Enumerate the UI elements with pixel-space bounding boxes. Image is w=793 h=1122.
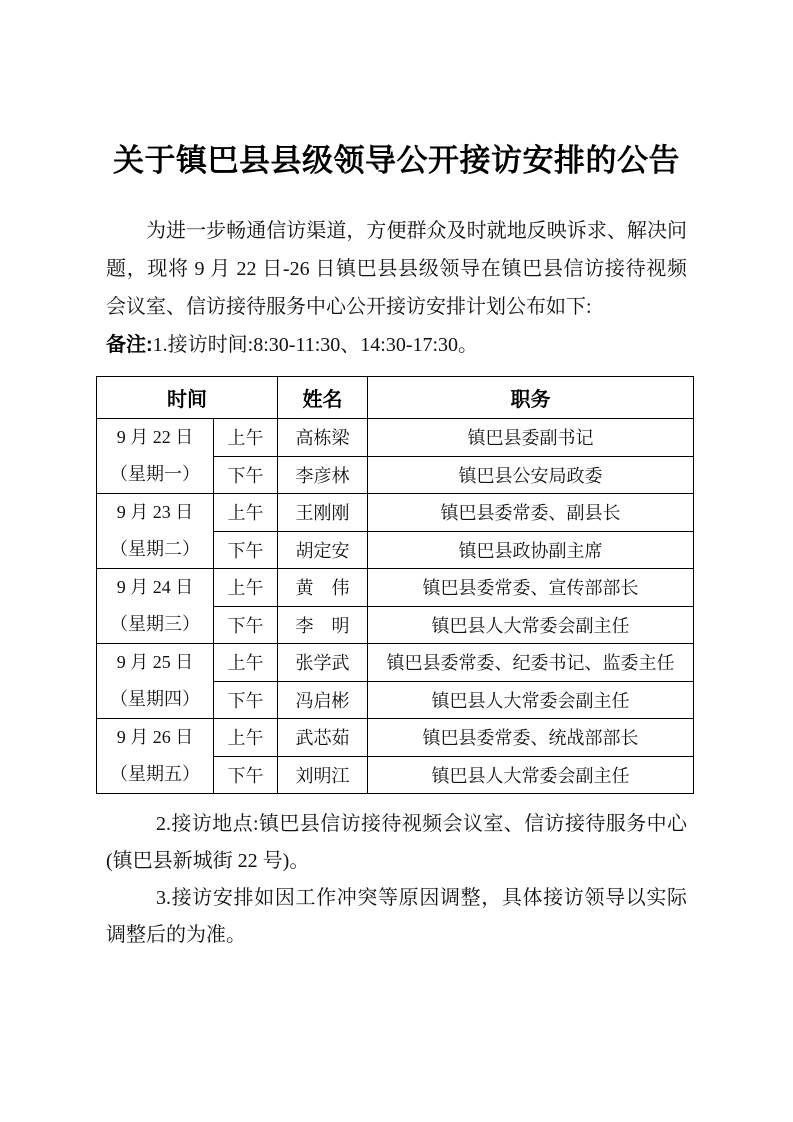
date-cell: 9 月 25 日 （星期四） bbox=[97, 644, 214, 719]
date-cell: 9 月 22 日 （星期一） bbox=[97, 419, 214, 494]
col-header-position: 职务 bbox=[368, 377, 694, 419]
table-row: 9 月 22 日 （星期一） 上午 高栋梁 镇巴县委副书记 bbox=[97, 419, 694, 457]
weekday-text: （星期一） bbox=[97, 456, 213, 493]
date-text: 9 月 26 日 bbox=[97, 719, 213, 756]
period-cell: 下午 bbox=[214, 456, 278, 494]
period-cell: 上午 bbox=[214, 719, 278, 757]
table-row: 9 月 23 日 （星期二） 上午 王刚刚 镇巴县委常委、副县长 bbox=[97, 494, 694, 532]
reception-schedule-table: 时间 姓名 职务 9 月 22 日 （星期一） 上午 高栋梁 镇巴县委副书记 下… bbox=[96, 376, 694, 794]
weekday-text: （星期三） bbox=[97, 606, 213, 643]
date-text: 9 月 25 日 bbox=[97, 644, 213, 681]
name-cell: 王刚刚 bbox=[278, 494, 368, 532]
name-cell: 冯启彬 bbox=[278, 681, 368, 719]
date-cell: 9 月 26 日 （星期五） bbox=[97, 719, 214, 794]
position-cell: 镇巴县公安局政委 bbox=[368, 456, 694, 494]
weekday-text: （星期四） bbox=[97, 681, 213, 718]
period-cell: 上午 bbox=[214, 644, 278, 682]
period-cell: 上午 bbox=[214, 419, 278, 457]
table-header-row: 时间 姓名 职务 bbox=[97, 377, 694, 419]
position-cell: 镇巴县政协副主席 bbox=[368, 531, 694, 569]
period-cell: 下午 bbox=[214, 606, 278, 644]
announcement-page: 关于镇巴县县级领导公开接访安排的公告 为进一步畅通信访渠道，方便群众及时就地反映… bbox=[0, 0, 793, 1122]
date-cell: 9 月 23 日 （星期二） bbox=[97, 494, 214, 569]
table-row: 9 月 25 日 （星期四） 上午 张学武 镇巴县委常委、纪委书记、监委主任 bbox=[97, 644, 694, 682]
name-cell: 李彦林 bbox=[278, 456, 368, 494]
date-text: 9 月 24 日 bbox=[97, 569, 213, 606]
note3-paragraph: 3.接访安排如因工作冲突等原因调整，具体接访领导以实际调整后的为准。 bbox=[106, 880, 687, 954]
position-cell: 镇巴县委常委、统战部部长 bbox=[368, 719, 694, 757]
name-cell: 武芯茹 bbox=[278, 719, 368, 757]
date-text: 9 月 22 日 bbox=[97, 419, 213, 456]
intro-paragraph: 为进一步畅通信访渠道，方便群众及时就地反映诉求、解决问题，现将 9 月 22 日… bbox=[106, 212, 687, 326]
period-cell: 上午 bbox=[214, 569, 278, 607]
remark-note1: 1.接访时间:8:30-11:30、14:30-17:30。 bbox=[153, 334, 478, 356]
name-cell: 刘明江 bbox=[278, 756, 368, 794]
name-cell: 黄 伟 bbox=[278, 569, 368, 607]
position-cell: 镇巴县委常委、纪委书记、监委主任 bbox=[368, 644, 694, 682]
position-cell: 镇巴县委副书记 bbox=[368, 419, 694, 457]
name-cell: 高栋梁 bbox=[278, 419, 368, 457]
col-header-name: 姓名 bbox=[278, 377, 368, 419]
weekday-text: （星期五） bbox=[97, 756, 213, 793]
position-cell: 镇巴县人大常委会副主任 bbox=[368, 606, 694, 644]
weekday-text: （星期二） bbox=[97, 531, 213, 568]
name-cell: 张学武 bbox=[278, 644, 368, 682]
page-title: 关于镇巴县县级领导公开接访安排的公告 bbox=[106, 140, 687, 182]
position-cell: 镇巴县人大常委会副主任 bbox=[368, 681, 694, 719]
position-cell: 镇巴县委常委、副县长 bbox=[368, 494, 694, 532]
period-cell: 下午 bbox=[214, 756, 278, 794]
remark-label: 备注: bbox=[106, 334, 153, 356]
table-row: 9 月 26 日 （星期五） 上午 武芯茹 镇巴县委常委、统战部部长 bbox=[97, 719, 694, 757]
period-cell: 下午 bbox=[214, 531, 278, 569]
remark-line: 备注:1.接访时间:8:30-11:30、14:30-17:30。 bbox=[106, 326, 687, 364]
period-cell: 下午 bbox=[214, 681, 278, 719]
col-header-time: 时间 bbox=[97, 377, 278, 419]
date-cell: 9 月 24 日 （星期三） bbox=[97, 569, 214, 644]
date-text: 9 月 23 日 bbox=[97, 494, 213, 531]
note2-paragraph: 2.接访地点:镇巴县信访接待视频会议室、信访接待服务中心(镇巴县新城街 22 号… bbox=[106, 806, 687, 880]
name-cell: 李 明 bbox=[278, 606, 368, 644]
position-cell: 镇巴县人大常委会副主任 bbox=[368, 756, 694, 794]
period-cell: 上午 bbox=[214, 494, 278, 532]
name-cell: 胡定安 bbox=[278, 531, 368, 569]
position-cell: 镇巴县委常委、宣传部部长 bbox=[368, 569, 694, 607]
table-row: 9 月 24 日 （星期三） 上午 黄 伟 镇巴县委常委、宣传部部长 bbox=[97, 569, 694, 607]
